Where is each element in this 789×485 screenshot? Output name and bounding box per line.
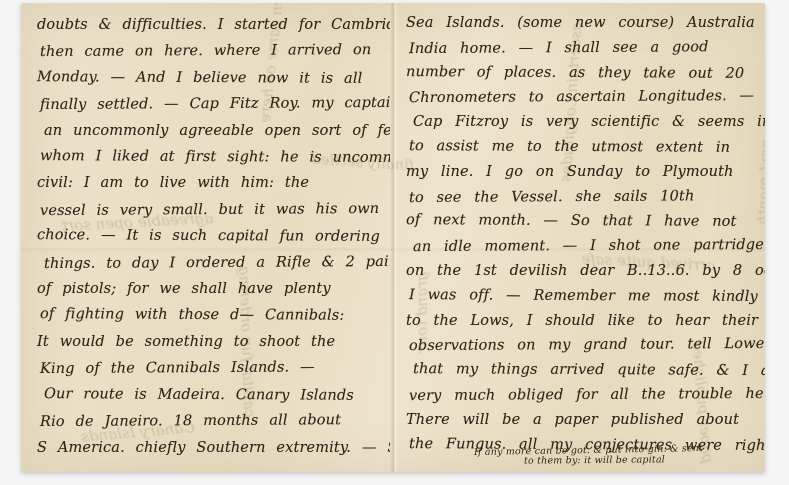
handwriting-line: choice. — It is such capital fun orderin… [37,222,384,250]
handwriting-line: number of places. as they take out 20 [406,60,761,87]
handwriting-line: to see the Vessel. she sails 10th [409,184,761,211]
handwriting-line: S America. chiefly Southern extremity. —… [37,435,384,461]
letter-page-right: Sea Islands. (some new course) Australia… [396,3,765,472]
handwriting-line: India home. — I shall see a good [409,35,761,62]
interlined-note: to them by: it will be capital [524,454,665,466]
letter-page-left: doubts & difficulties. I started for Cam… [21,3,390,472]
letter-scan: then came on herefinally settledagreeabl… [0,0,789,485]
handwriting-line: an uncommonly agreeable open sort of fel… [44,118,384,144]
handwriting-line: doubts & difficulties. I started for Cam… [37,12,384,38]
handwriting-line: my line. I go on Sunday to Plymouth [406,160,761,185]
handwriting-line: things. to day I ordered a Rifle & 2 pai… [44,249,384,277]
handwriting-line: an idle moment. — I shot one partridge [413,233,761,260]
handwriting-line: It would be something to shoot the [37,329,384,355]
handwriting-line: that my things arrived quite safe. & I a… [413,357,761,384]
handwriting-line: whom I liked at first sight: he is uncom… [40,143,384,171]
handwriting-line: of fighting with those d— Cannibals: [40,302,384,330]
handwriting-line: finally settled. — Cap Fitz Roy. my capt… [40,90,384,119]
handwriting-line: on the 1st devilish dear B..13..6. by 8 … [406,259,761,284]
handwriting-line: of next month. — So that I have not [406,208,761,235]
handwriting-line: Sea Islands. (some new course) Australia [406,11,761,36]
handwriting-line: Our route is Madeira. Canary Islands [44,381,384,409]
right-page-lines: Sea Islands. (some new course) Australia… [406,11,761,457]
handwriting-line: There will be a paper published about [406,408,761,433]
handwriting-line: civil: I am to live with him: the [37,170,384,196]
handwriting-line: vessel is very small. but it was his own [40,196,384,225]
handwriting-line: Rio de Janeiro. 18 months all about [40,407,384,436]
handwriting-line: Chronometers to ascertain Longitudes. — [409,84,761,111]
handwriting-line: very much obliged for all the trouble he… [409,382,761,409]
letter-sheet: then came on herefinally settledagreeabl… [21,3,765,472]
handwriting-line: then came on here. where I arrived on [40,37,384,66]
handwriting-line: I was off. — Remember me most kindly [409,283,761,310]
handwriting-line: King of the Cannibals Islands. — [40,354,384,383]
handwriting-line: to the Lows, I should like to hear their [406,309,761,334]
handwriting-line: to assist me to the utmost extent in [409,134,761,161]
handwriting-line: Monday. — And I believe now it is all [37,64,384,92]
handwriting-line: Cap Fitzroy is very scientific & seems i… [413,110,761,135]
handwriting-line: observations on my grand tour. tell Lowe [409,332,761,359]
handwriting-line: of pistols; for we shall have plenty [37,276,384,302]
